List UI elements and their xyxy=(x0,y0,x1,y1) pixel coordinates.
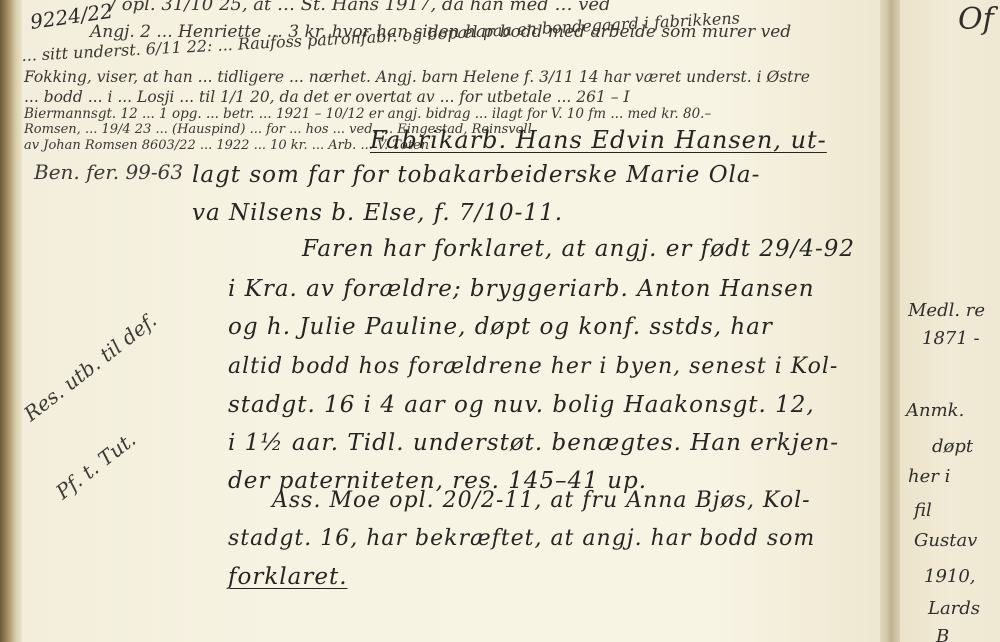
book-spine-left xyxy=(0,0,22,642)
entry-line: og h. Julie Pauline, døpt og konf. sstds… xyxy=(228,314,773,340)
entry-line: forklaret. xyxy=(228,564,348,590)
entry-header-line: Fabrikarb. Hans Edvin Hansen, ut- xyxy=(370,126,827,154)
right-page-line: Gustav xyxy=(914,530,977,551)
top-note-6: Biermannsgt. 12 ... 1 opg. ... betr. ...… xyxy=(24,106,711,122)
margin-res: Res. utb. til def. xyxy=(19,308,161,426)
top-note-4: Fokking, viser, at han ... tidligere ...… xyxy=(24,68,810,86)
entry-line: lagt som far for tobakarbeiderske Marie … xyxy=(192,162,760,188)
margin-ref: Ben. fer. 99-63 xyxy=(34,160,183,184)
right-page-line: Lards xyxy=(928,598,980,619)
entry-line: Faren har forklaret, at angj. er født 29… xyxy=(302,236,855,262)
right-page-line: 1871 - xyxy=(922,328,980,349)
entry-line: i 1½ aar. Tidl. understøt. benægtes. Han… xyxy=(228,430,839,456)
entry-line: stadgt. 16 i 4 aar og nuv. bolig Haakons… xyxy=(228,392,815,418)
right-page: Of Medl. re 1871 - Anmk. døpt her i fil … xyxy=(900,0,1000,642)
right-page-line: Medl. re xyxy=(908,300,985,321)
top-note-5: ... bodd ... i ... Losji ... til 1/1 20,… xyxy=(24,88,630,106)
entry-line: va Nilsens b. Else, f. 7/10-11. xyxy=(192,200,563,226)
right-page-line: B xyxy=(936,626,949,642)
top-note-8: av Johan Romsen 8603/22 ... 1922 ... 10 … xyxy=(24,138,429,153)
entry-line: stadgt. 16, har bekræftet, at angj. har … xyxy=(228,526,815,551)
entry-name: Fabrikarb. Hans Edvin Hansen, ut- xyxy=(370,126,827,154)
right-page-line: her i xyxy=(908,466,950,487)
left-page: 9224/22 / opl. 31/10 25, at … St. Hans 1… xyxy=(22,0,880,642)
right-page-line: Anmk. xyxy=(906,400,964,421)
entry-line: altid bodd hos forældrene her i byen, se… xyxy=(228,354,838,379)
entry-line: Ass. Moe opl. 20/2-11, at fru Anna Bjøs,… xyxy=(272,488,811,513)
right-page-line: Of xyxy=(958,2,994,37)
top-note-line: / opl. 31/10 25, at … St. Hans 1917, da … xyxy=(110,0,611,15)
right-page-line: døpt xyxy=(932,436,973,457)
right-page-line: fil xyxy=(914,500,932,521)
entry-line: i Kra. av forældre; bryggeriarb. Anton H… xyxy=(228,276,815,302)
margin-pft: Pf. t. Tut. xyxy=(51,427,140,504)
right-page-line: 1910, xyxy=(924,566,976,587)
book-gutter xyxy=(880,0,900,642)
